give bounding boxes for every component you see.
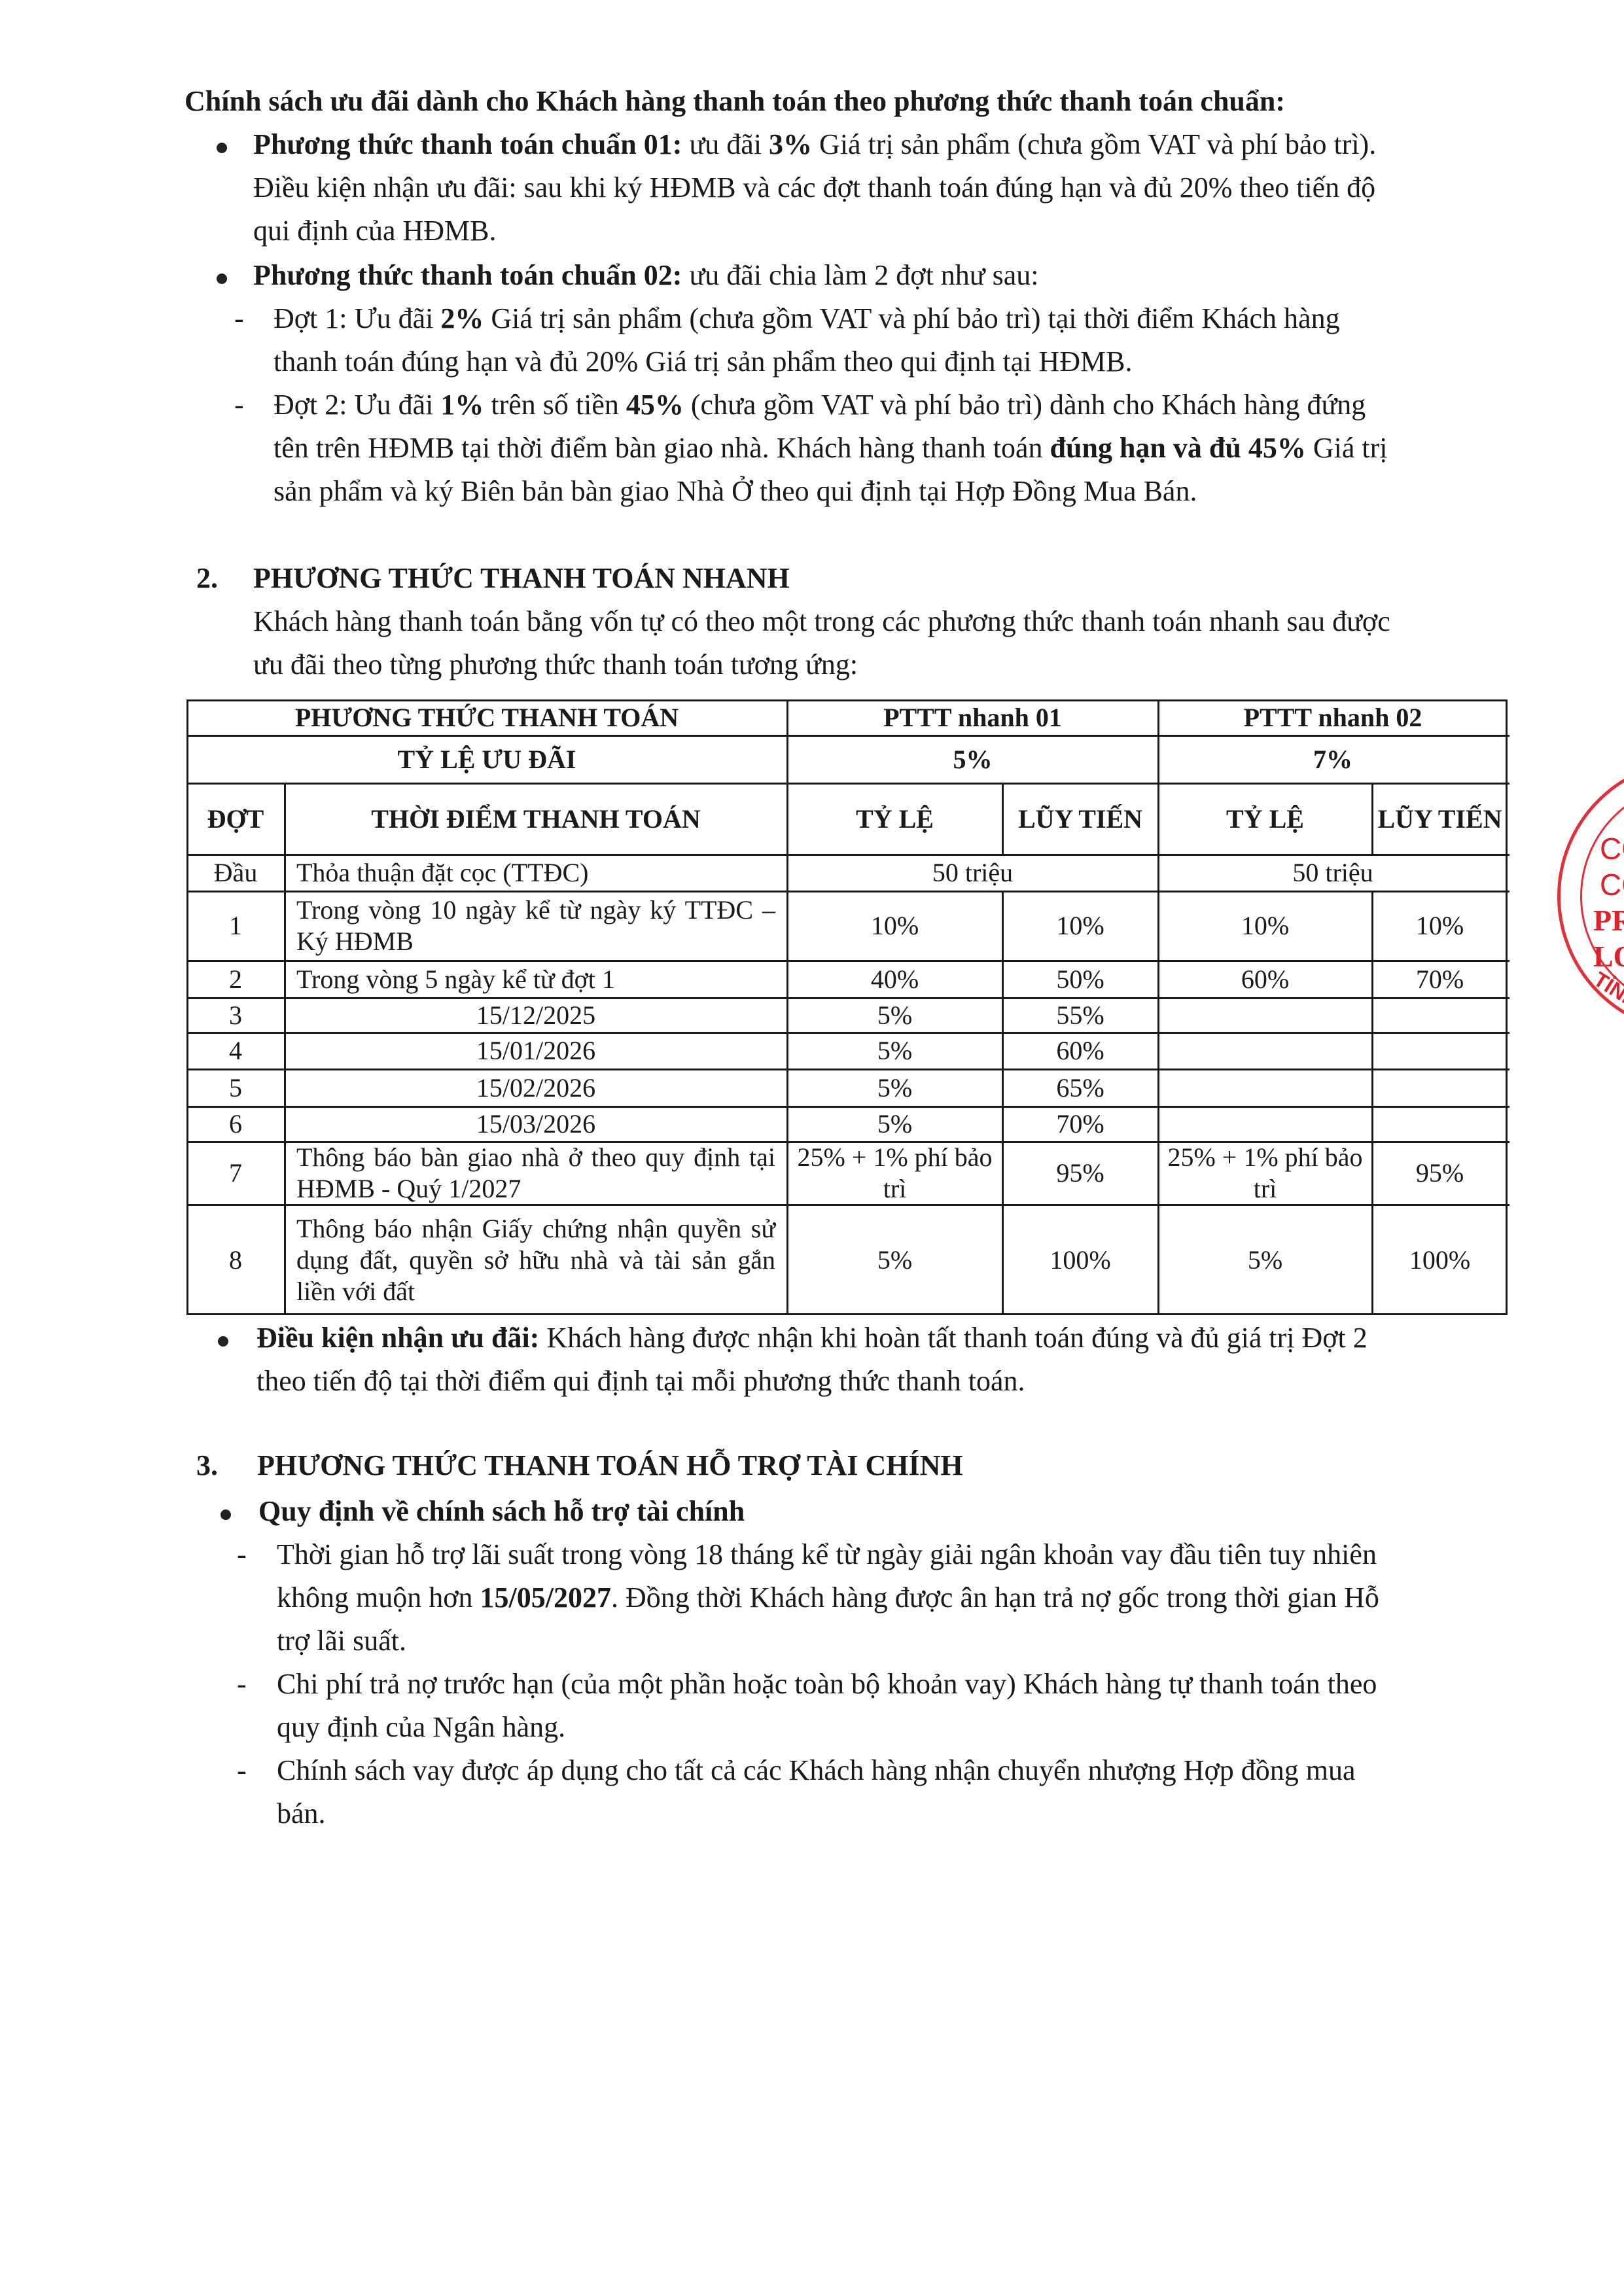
plan-1-cumulative: 100% <box>1002 1205 1158 1315</box>
plan-2-discount: 7% <box>1158 735 1508 783</box>
plan-1-cumulative: 95% <box>1002 1142 1158 1205</box>
plan-2-rate: 25% + 1% phí bảo trì <box>1158 1142 1372 1205</box>
section2-desc-line1: Khách hàng thanh toán bằng vốn tự có the… <box>253 600 1390 643</box>
deadline-date: 15/05/2027 <box>480 1581 611 1614</box>
plan-1-cumulative: 70% <box>1002 1106 1158 1142</box>
plan-1-cumulative: 50% <box>1002 961 1158 998</box>
row-dot: 1 <box>186 891 285 961</box>
row-time: 15/03/2026 <box>285 1106 787 1142</box>
text: . Đồng thời Khách hàng được ân hạn trả n… <box>611 1581 1379 1614</box>
row-time: Trong vòng 5 ngày kể từ đợt 1 <box>285 961 787 998</box>
condition-line2: theo tiến độ tại thời điểm qui định tại … <box>256 1360 1025 1403</box>
header-method: PHƯƠNG THỨC THANH TOÁN <box>186 699 787 735</box>
col-header-rate: TỶ LỆ <box>787 783 1002 855</box>
row-dot: 2 <box>186 961 285 998</box>
row-time: Thỏa thuận đặt cọc (TTĐC) <box>285 855 787 891</box>
plan-1-rate: 5% <box>787 1205 1002 1315</box>
dash-icon: - <box>234 383 244 427</box>
plan-2-cumulative: 10% <box>1372 891 1508 961</box>
intro-title: Chính sách ưu đãi dành cho Khách hàng th… <box>185 80 1285 123</box>
text: Khách hàng được nhận khi hoàn tất thanh … <box>539 1322 1367 1354</box>
s3-item3-line2: bán. <box>277 1792 326 1835</box>
plan-2-rate <box>1158 1069 1372 1106</box>
header-plan-1: PTTT nhanh 01 <box>787 699 1158 735</box>
row-time: Thông báo nhận Giấy chứng nhận quyền sử … <box>285 1205 787 1315</box>
bullet-icon <box>217 274 227 284</box>
row-dot: 5 <box>186 1069 285 1106</box>
text: không muộn hơn <box>277 1581 480 1614</box>
document-page: Chính sách ưu đãi dành cho Khách hàng th… <box>0 0 1624 2296</box>
plan-2-rate: 10% <box>1158 891 1372 961</box>
stamp-line4: LON <box>1593 939 1624 974</box>
row-dot: 4 <box>186 1033 285 1069</box>
row-dot: Đầu <box>186 855 285 891</box>
dash-icon: - <box>234 297 244 340</box>
plan-2-rate <box>1158 998 1372 1033</box>
text: trên số tiền <box>484 389 626 421</box>
row-time: Trong vòng 10 ngày kể từ ngày ký TTĐC – … <box>285 891 787 961</box>
plan-1-rate: 5% <box>787 1069 1002 1106</box>
bullet-icon <box>218 1336 228 1347</box>
plan-2-cumulative <box>1372 1069 1508 1106</box>
condition-label: Điều kiện nhận ưu đãi: <box>256 1322 539 1354</box>
bullet-icon <box>221 1510 231 1520</box>
plan-2-rate <box>1158 1033 1372 1069</box>
row-time: Thông báo bàn giao nhà ở theo quy định t… <box>285 1142 787 1205</box>
section2-desc-line2: ưu đãi theo từng phương thức thanh toán … <box>253 643 858 686</box>
row-time: 15/12/2025 <box>285 998 787 1033</box>
col-header-time: THỜI ĐIỂM THANH TOÁN <box>285 783 787 855</box>
dot2-line1: Đợt 2: Ưu đãi 1% trên số tiền 45% (chưa … <box>274 383 1366 427</box>
s3-item1-line3: trợ lãi suất. <box>277 1619 406 1663</box>
plan-1-rate: 5% <box>787 998 1002 1033</box>
amount-value: 45% <box>626 389 684 421</box>
standard-02-line1: Phương thức thanh toán chuẩn 02: ưu đãi … <box>253 254 1039 297</box>
plan-2-cumulative: 100% <box>1372 1205 1508 1315</box>
text: (chưa gồm VAT và phí bảo trì) dành cho K… <box>684 389 1366 421</box>
row-dot: 7 <box>186 1142 285 1205</box>
s3-item3-line1: Chính sách vay được áp dụng cho tất cả c… <box>277 1749 1355 1792</box>
plan-1-rate: 40% <box>787 961 1002 998</box>
row-dot: 6 <box>186 1106 285 1142</box>
text: Giá trị sản phẩm (chưa gồm VAT và phí bả… <box>484 302 1339 334</box>
plan-1-discount: 5% <box>787 735 1158 783</box>
row-time: 15/01/2026 <box>285 1033 787 1069</box>
text: Đợt 2: Ưu đãi <box>274 389 440 421</box>
plan-2-cumulative <box>1372 1033 1508 1069</box>
text: tên trên HĐMB tại thời điểm bàn giao nhà… <box>274 432 1050 464</box>
dot1-line1: Đợt 1: Ưu đãi 2% Giá trị sản phẩm (chưa … <box>274 297 1340 340</box>
discount-value: 3% <box>769 128 812 160</box>
plan-2-rate <box>1158 1106 1372 1142</box>
standard-01-line2: Điều kiện nhận ưu đãi: sau khi ký HĐMB v… <box>253 166 1375 209</box>
company-stamp: 1101 CÔ CÔ PRO LON TỈNH <box>1557 759 1624 1034</box>
section2-number: 2. <box>196 557 218 600</box>
col-header-rate: TỶ LỆ <box>1158 783 1372 855</box>
s3-item2-line1: Chi phí trả nợ trước hạn (của một phần h… <box>277 1663 1377 1706</box>
s3-item1-line2: không muộn hơn 15/05/2027. Đồng thời Khá… <box>277 1576 1379 1619</box>
plan-1-cumulative: 55% <box>1002 998 1158 1033</box>
section3-subtitle: Quy định về chính sách hỗ trợ tài chính <box>258 1490 745 1533</box>
s3-item2-line2: quy định của Ngân hàng. <box>277 1706 565 1749</box>
dot2-line3: sản phẩm và ký Biên bản bàn giao Nhà Ở t… <box>274 470 1197 513</box>
section3-number: 3. <box>196 1444 218 1487</box>
col-header-dot: ĐỢT <box>186 783 285 855</box>
emphasis: đúng hạn và đủ 45% <box>1050 432 1306 464</box>
row-time: 15/02/2026 <box>285 1069 787 1106</box>
dash-icon: - <box>237 1533 247 1576</box>
section3-title: PHƯƠNG THỨC THANH TOÁN HỖ TRỢ TÀI CHÍNH <box>257 1444 963 1487</box>
plan-2-rate: 5% <box>1158 1205 1372 1315</box>
discount-value: 1% <box>440 389 484 421</box>
section2-title: PHƯƠNG THỨC THANH TOÁN NHANH <box>253 557 790 600</box>
text: Đợt 1: Ưu đãi <box>274 302 440 334</box>
plan-1-cumulative: 65% <box>1002 1069 1158 1106</box>
stamp-line1: CÔ <box>1600 831 1624 866</box>
text: Giá trị <box>1306 432 1388 464</box>
col-header-cumulative: LŨY TIẾN <box>1372 783 1508 855</box>
standard-02-label: Phương thức thanh toán chuẩn 02: <box>253 259 682 291</box>
stamp-line3: PRO <box>1593 903 1624 938</box>
dash-icon: - <box>237 1749 247 1792</box>
plan-2-cumulative: 70% <box>1372 961 1508 998</box>
row-dot: 3 <box>186 998 285 1033</box>
plan-2-rate: 60% <box>1158 961 1372 998</box>
stamp-line2: CÔ <box>1600 867 1624 902</box>
plan-2-cumulative: 95% <box>1372 1142 1508 1205</box>
discount-value: 2% <box>440 302 484 334</box>
deposit-plan-2: 50 triệu <box>1158 855 1508 891</box>
plan-1-rate: 25% + 1% phí bảo trì <box>787 1142 1002 1205</box>
plan-2-cumulative <box>1372 1106 1508 1142</box>
condition-line1: Điều kiện nhận ưu đãi: Khách hàng được n… <box>256 1316 1368 1360</box>
plan-2-cumulative <box>1372 998 1508 1033</box>
s3-item1-line1: Thời gian hỗ trợ lãi suất trong vòng 18 … <box>277 1533 1377 1576</box>
plan-1-cumulative: 10% <box>1002 891 1158 961</box>
plan-1-cumulative: 60% <box>1002 1033 1158 1069</box>
col-header-cumulative: LŨY TIẾN <box>1002 783 1158 855</box>
text: Giá trị sản phẩm (chưa gồm VAT và phí bả… <box>812 128 1376 160</box>
standard-01-label: Phương thức thanh toán chuẩn 01: <box>253 128 682 160</box>
header-rate: TỶ LỆ ƯU ĐÃI <box>186 735 787 783</box>
deposit-plan-1: 50 triệu <box>787 855 1158 891</box>
plan-1-rate: 10% <box>787 891 1002 961</box>
dash-icon: - <box>237 1663 247 1706</box>
dot1-line2: thanh toán đúng hạn và đủ 20% Giá trị sả… <box>274 340 1132 383</box>
header-plan-2: PTTT nhanh 02 <box>1158 699 1508 735</box>
text: ưu đãi chia làm 2 đợt như sau: <box>682 259 1038 291</box>
row-dot: 8 <box>186 1205 285 1315</box>
bullet-icon <box>217 143 227 153</box>
dot2-line2: tên trên HĐMB tại thời điểm bàn giao nhà… <box>274 427 1387 470</box>
text: ưu đãi <box>682 128 769 160</box>
plan-1-rate: 5% <box>787 1106 1002 1142</box>
standard-01-line1: Phương thức thanh toán chuẩn 01: ưu đãi … <box>253 123 1376 166</box>
plan-1-rate: 5% <box>787 1033 1002 1069</box>
standard-01-line3: qui định của HĐMB. <box>253 209 497 253</box>
